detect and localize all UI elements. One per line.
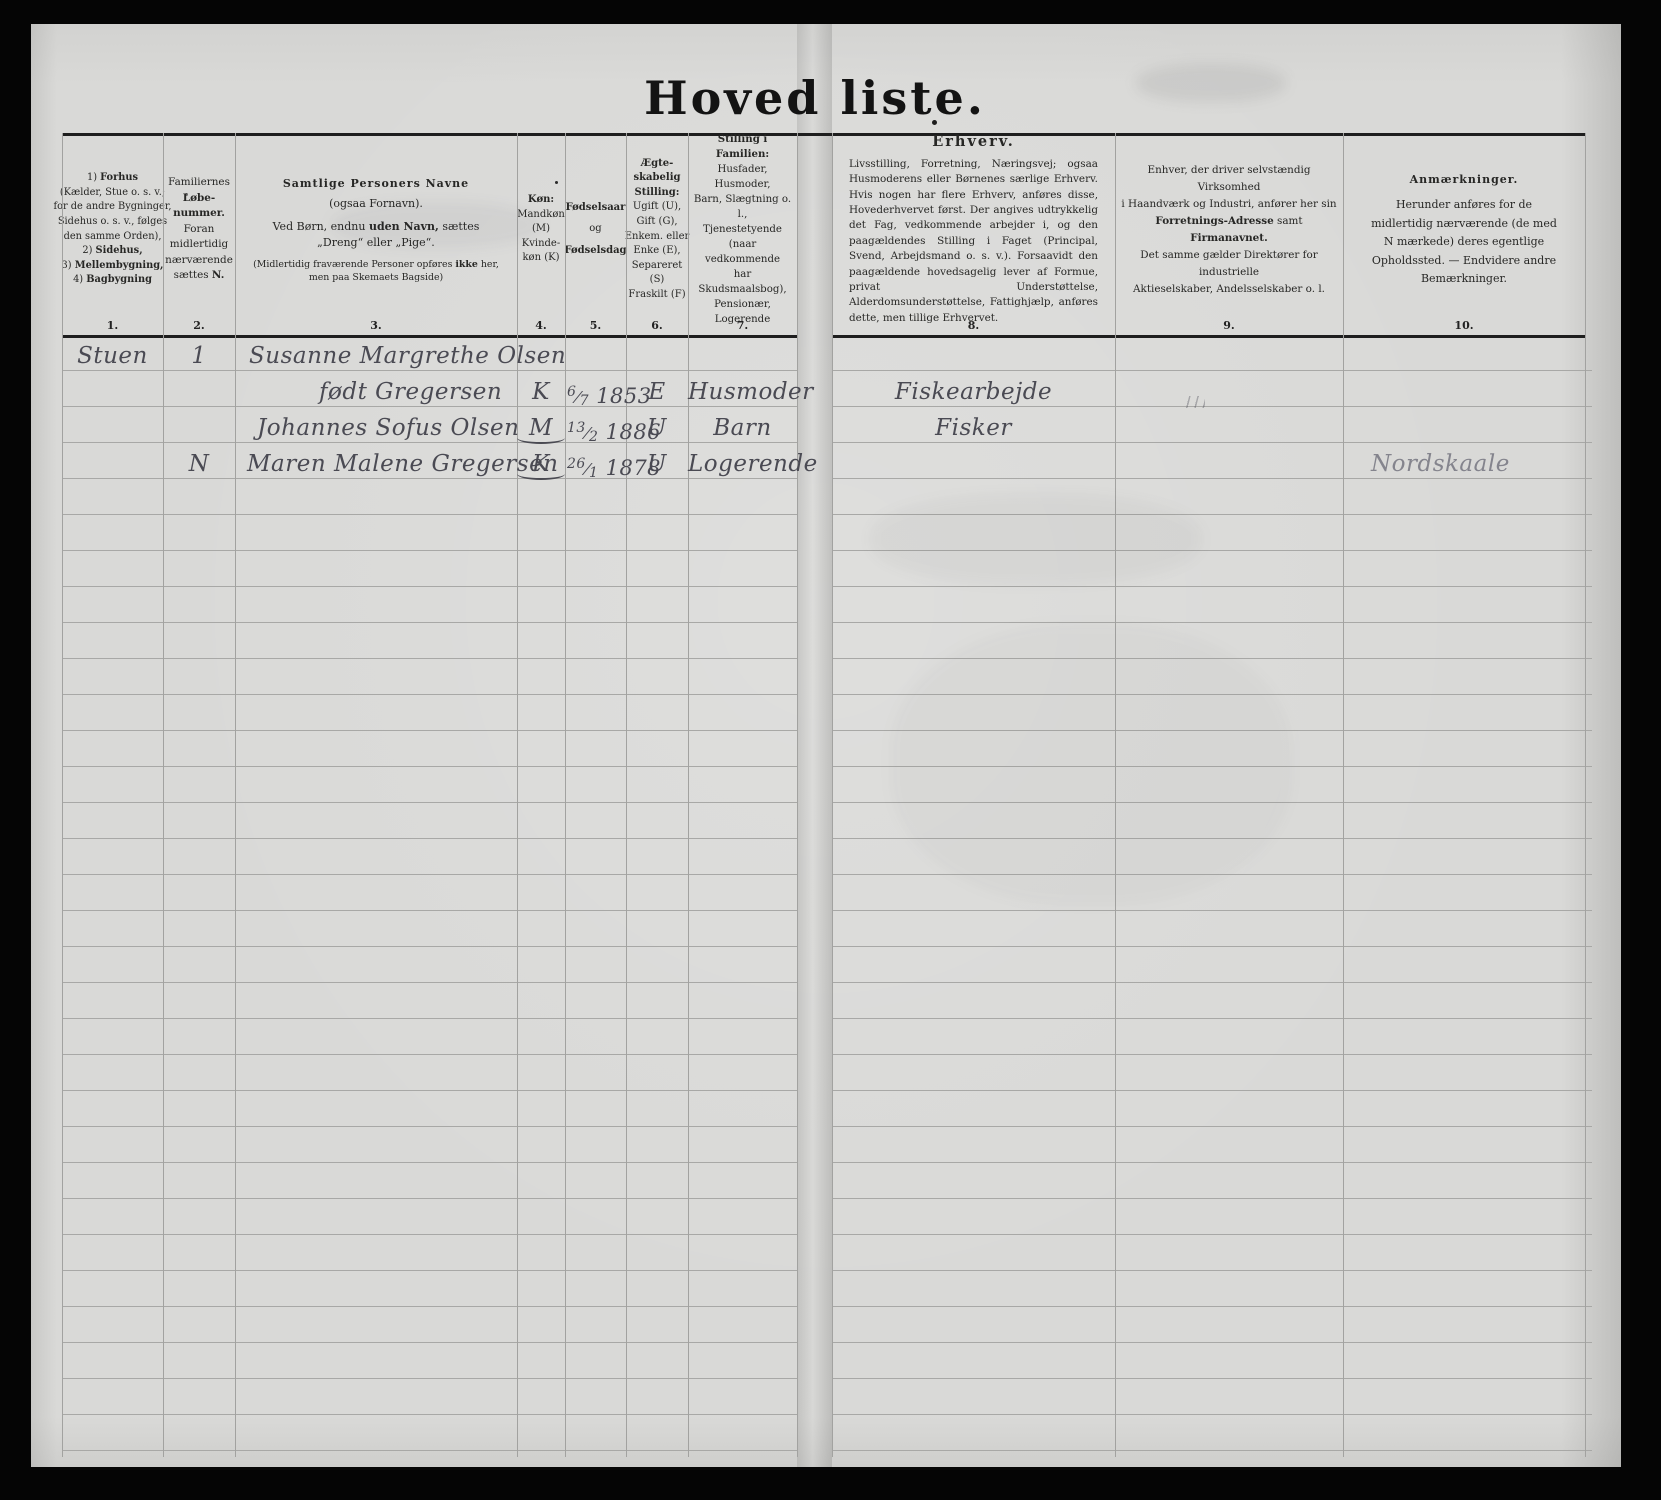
scanned-census-sheet: Hoved liste. 1) Forhus(Kælder, Stue o. s… [0, 0, 1661, 1500]
entry-marital-status: U [626, 449, 688, 479]
entry-family-number: 1 [163, 341, 235, 371]
entry-marital-status: E [626, 377, 688, 407]
pencil-smudge [1185, 396, 1205, 408]
entry-family-number: N [163, 449, 235, 479]
entry-name: født Gregersen [235, 377, 517, 407]
entry-occupation: Fiskearbejde [832, 377, 1115, 407]
entry-name: Johannes Sofus Olsen [235, 413, 517, 443]
entry-family-position: Barn [688, 413, 797, 443]
entry-birthdate: 13⁄2 1886 [565, 413, 626, 443]
entry-marital-status: U [626, 413, 688, 443]
entry-name: Maren Malene Gregersen [235, 449, 517, 479]
entry-family-position: Logerende [688, 449, 797, 479]
scan-speck [555, 181, 558, 184]
entry-house: Stuen [62, 341, 163, 371]
entry-birthdate: 6⁄7 1853 [565, 377, 626, 407]
entry-family-position: Husmoder [688, 377, 797, 407]
entries-layer: Stuen1Susanne Margrethe Olsenfødt Greger… [31, 24, 1621, 1467]
census-page: Hoved liste. 1) Forhus(Kælder, Stue o. s… [31, 24, 1621, 1467]
entry-sex: M [517, 413, 565, 443]
entry-name: Susanne Margrethe Olsen [235, 341, 517, 371]
entry-birthdate: 26⁄1 1878 [565, 449, 626, 479]
entry-remark: Nordskaale [1343, 449, 1585, 479]
entry-occupation: Fisker [832, 413, 1115, 443]
entry-sex: K [517, 449, 565, 479]
entry-sex: K [517, 377, 565, 407]
